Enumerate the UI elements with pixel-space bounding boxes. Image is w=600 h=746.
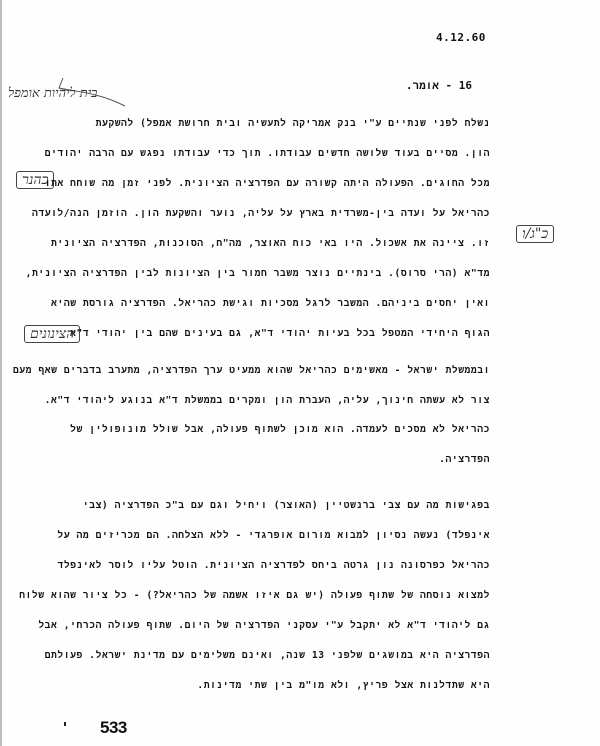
text-line: כהריאל על ועדה בין-משרדית בארץ על עליה, … — [32, 208, 490, 219]
text-line: זו. ציינה את אשכול. היו באי כוח האוצר, מ… — [51, 238, 490, 249]
document-page: 4.12.60 16 - אומר. בית ליהיות אומפל כהנר… — [0, 0, 600, 746]
text-line: נשלח לפני שנתיים ע"י בנק אמריקה לתעשיה ו… — [96, 118, 490, 129]
text-line: היא שתדלנות אצל פריץ, ולא מו"מ בין שתי מ… — [197, 680, 490, 691]
section-heading: 16 - אומר. — [406, 79, 472, 93]
margin-note-top-left: בית ליהיות אומפל — [8, 86, 97, 102]
text-line: הגוף היחידי המטפל בכל בעיות יהודי ד"א, ג… — [70, 328, 490, 339]
text-line: הפדרציה. — [439, 454, 490, 465]
text-line: ואין יחסים ביניהם. המשבר לרגל מסכיות וגי… — [51, 298, 490, 309]
text-line: מכל החוגים. הפעולה היתה קשורה עם הפדרציה… — [45, 178, 490, 189]
text-line: כהריאל כפרסונה נון גרטה ביחס לפדרציה הצי… — [58, 560, 491, 571]
text-line: צור לא עשתה חינוך, עליה, העברת הון ומקרי… — [45, 395, 490, 406]
ink-speck — [64, 722, 66, 726]
text-line: הפדרציה היא במושגים שלפני 13 שנה, ואינם … — [45, 650, 490, 661]
page-number: 533 — [100, 718, 127, 738]
text-line: גם ליהודי ד"א לא יתקבל ע"י עסקני הפדרציה… — [38, 620, 490, 631]
text-line: למצוא נוסחה של שתוף פעולה (יש גם איזו אש… — [19, 590, 490, 601]
text-line: בפגישות מה עם צבי ברנשטיין (האוצר) ויחיל… — [83, 500, 490, 511]
text-line: אינפלד) נעשה נסיון למבוא מורום אופרגדי -… — [57, 530, 490, 541]
text-line: כהריאל לא מסכים לעמדה. הוא מוכן לשתוף פע… — [70, 424, 490, 435]
text-line: ובממשלת ישראל - מאשימים כהריאל שהוא ממעי… — [13, 365, 490, 376]
margin-note-right-bracket: כ"ג/ו — [516, 226, 554, 243]
document-date: 4.12.60 — [436, 31, 486, 44]
text-line: הון. מסיים בעוד שלושה חדשים עבודתו. תוך … — [45, 148, 490, 159]
text-line: מד"א (הרי סרוס). בינתיים נוצר משבר חמור … — [26, 268, 490, 279]
